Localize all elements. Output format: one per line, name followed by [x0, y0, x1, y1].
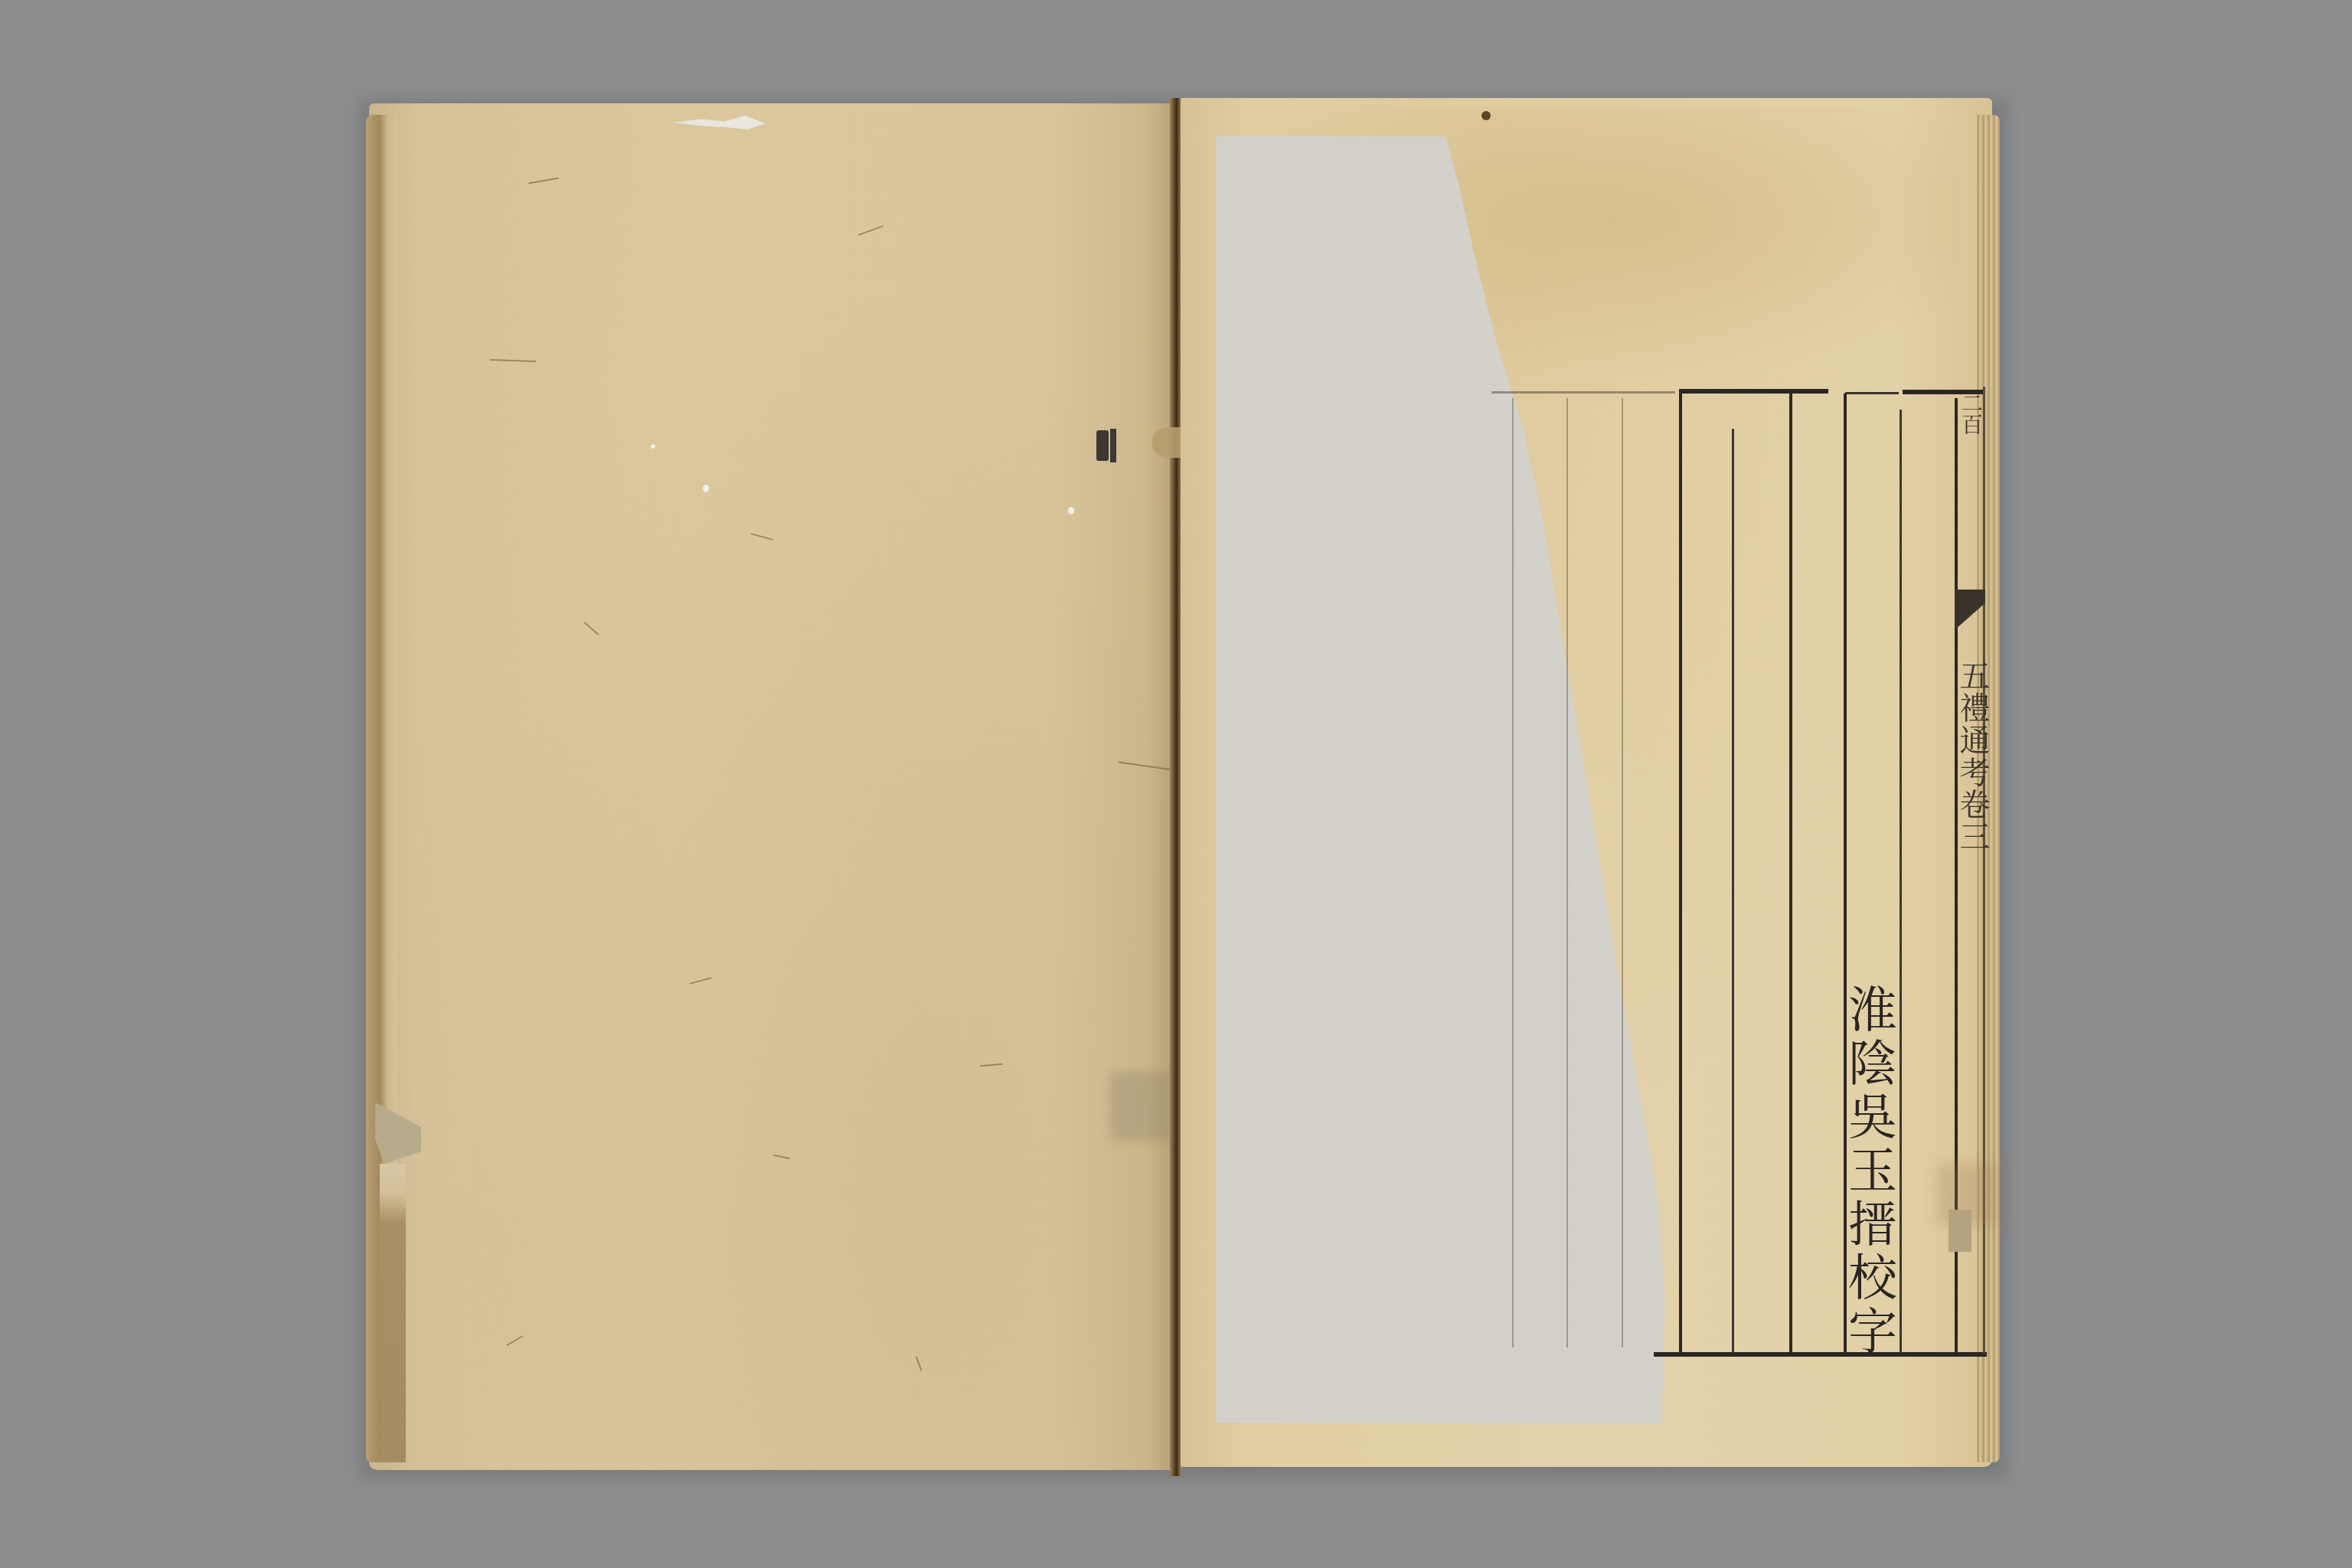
colophon-column: 淮陰吳玉搢校字: [1844, 984, 1893, 1359]
column-line-faint: [1512, 398, 1514, 1347]
left-binding-worn-strip: [380, 1164, 406, 1462]
column-line: [1900, 410, 1902, 1352]
column-line-faint: [1566, 398, 1568, 1347]
column-line: [1732, 429, 1734, 1352]
paper-repair-tab: [1949, 1210, 1971, 1252]
binding-hole: [1096, 430, 1109, 461]
left-gutter-stain: [1110, 1072, 1171, 1141]
frame-top-border: [1679, 389, 1828, 394]
frame-bottom-border: [1654, 1352, 1987, 1357]
paper-speck: [703, 485, 709, 492]
frame-top-border-faint: [1491, 391, 1675, 394]
column-line-faint: [1622, 398, 1623, 1347]
column-line: [1679, 394, 1682, 1352]
column-line: [1789, 394, 1792, 1352]
left-page: [369, 103, 1171, 1470]
paper-speck: [1068, 507, 1074, 514]
binding-hole: [1110, 429, 1116, 462]
margin-title: 五禮通考卷三: [1957, 660, 1988, 853]
paper-speck: [651, 444, 655, 449]
page-mark: 二百: [1960, 392, 1981, 435]
frame-top-border-thin: [1845, 392, 1899, 394]
worm-hole: [1481, 111, 1491, 120]
